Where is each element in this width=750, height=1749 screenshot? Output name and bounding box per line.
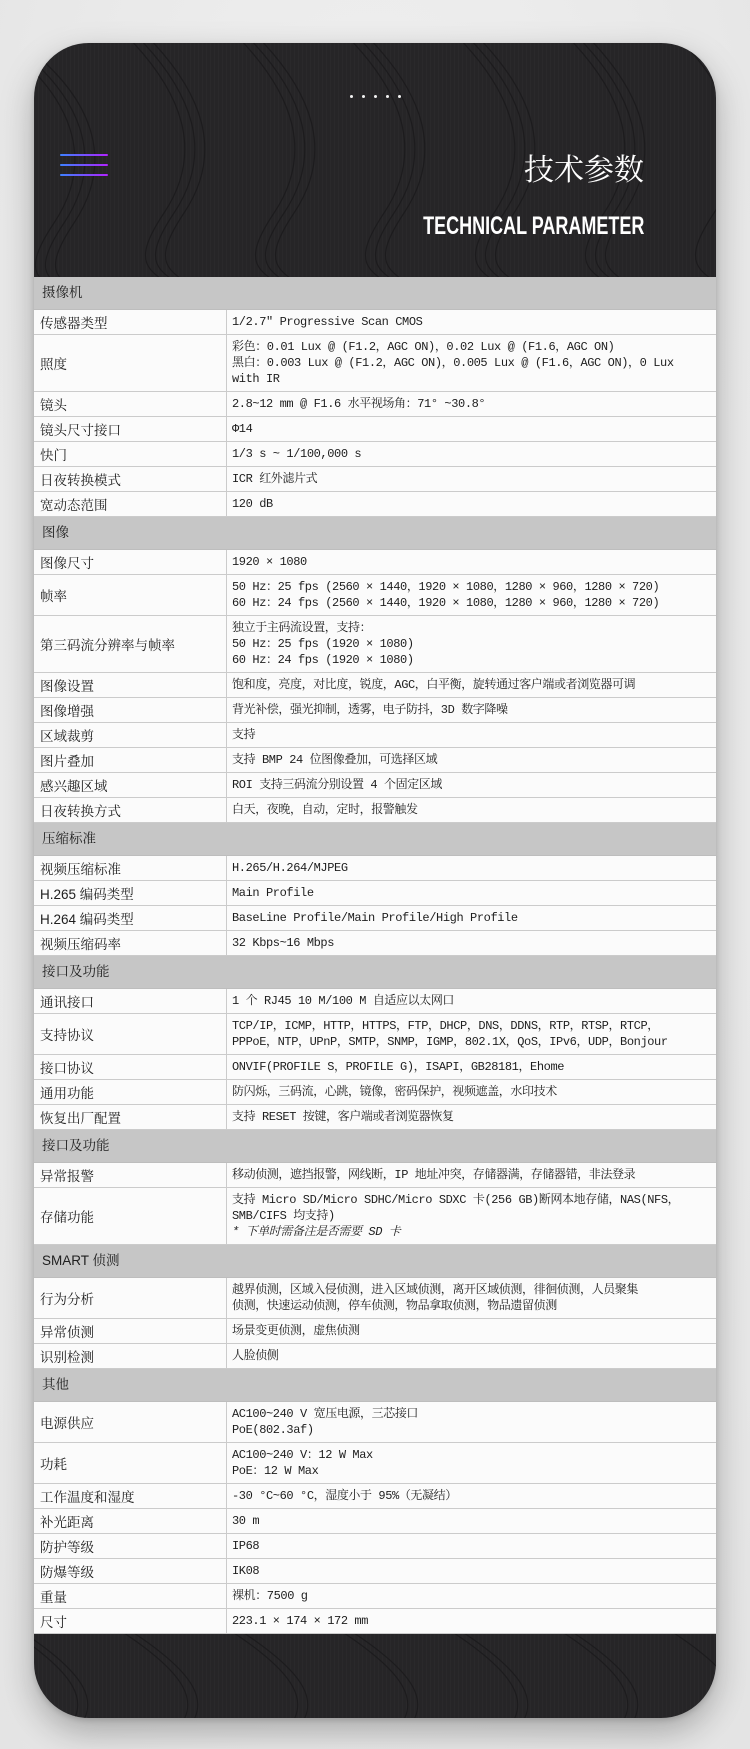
spec-value: 移动侦测，遮挡报警，网线断，IP 地址冲突，存储器满，存储器错，非法登录 xyxy=(227,1163,716,1187)
spec-value-line: 1/3 s ~ 1/100,000 s xyxy=(232,446,711,462)
spec-row: 图像设置饱和度，亮度，对比度，锐度，AGC，白平衡，旋转通过客户端或者浏览器可调 xyxy=(34,673,716,698)
spec-label: 快门 xyxy=(34,442,227,466)
spec-value-line: H.265/H.264/MJPEG xyxy=(232,860,711,876)
spec-label: 接口协议 xyxy=(34,1055,227,1079)
spec-value: 30 m xyxy=(227,1509,716,1533)
footer-band xyxy=(34,1637,716,1718)
spec-label: 图片叠加 xyxy=(34,748,227,772)
spec-value: H.265/H.264/MJPEG xyxy=(227,856,716,880)
spec-value: 1920 × 1080 xyxy=(227,550,716,574)
spec-value: 裸机：7500 g xyxy=(227,1584,716,1608)
spec-value-line: 120 dB xyxy=(232,496,711,512)
spec-label: 通用功能 xyxy=(34,1080,227,1104)
spec-value: ONVIF(PROFILE S，PROFILE G)，ISAPI，GB28181… xyxy=(227,1055,716,1079)
spec-value-line: 人脸侦侧 xyxy=(232,1348,711,1364)
spec-row: H.265 编码类型Main Profile xyxy=(34,881,716,906)
spec-row: 感兴趣区域ROI 支持三码流分别设置 4 个固定区域 xyxy=(34,773,716,798)
spec-value-line: TCP/IP，ICMP，HTTP，HTTPS，FTP，DHCP，DNS，DDNS… xyxy=(232,1018,711,1034)
menu-bar xyxy=(60,164,108,166)
spec-value-line: 2.8~12 mm @ F1.6 水平视场角：71° ~30.8° xyxy=(232,396,711,412)
spec-label: 视频压缩码率 xyxy=(34,931,227,955)
spec-value-line: 饱和度，亮度，对比度，锐度，AGC，白平衡，旋转通过客户端或者浏览器可调 xyxy=(232,677,711,693)
spec-value-line: 支持 RESET 按键，客户端或者浏览器恢复 xyxy=(232,1109,711,1125)
spec-label: 镜头 xyxy=(34,392,227,416)
spec-card: 技术参数 TECHNICAL PARAMETER 摄像机传感器类型1/2.7" … xyxy=(34,43,716,1718)
spec-label: 第三码流分辨率与帧率 xyxy=(34,616,227,672)
spec-value-line: 1920 × 1080 xyxy=(232,554,711,570)
spec-row: 电源供应AC100~240 V 宽压电源，三芯接口PoE(802.3af) xyxy=(34,1402,716,1443)
spec-label: 图像增强 xyxy=(34,698,227,722)
spec-value-line: ICR 红外滤片式 xyxy=(232,471,711,487)
spec-value-line: 60 Hz：24 fps (2560 × 1440，1920 × 1080，12… xyxy=(232,595,711,611)
spec-value-line: with IR xyxy=(232,371,711,387)
spec-value: 独立于主码流设置，支持：50 Hz：25 fps (1920 × 1080)60… xyxy=(227,616,716,672)
spec-table: 摄像机传感器类型1/2.7" Progressive Scan CMOS照度彩色… xyxy=(34,277,716,1634)
spec-value: AC100~240 V 宽压电源，三芯接口PoE(802.3af) xyxy=(227,1402,716,1442)
spec-label: 支持协议 xyxy=(34,1014,227,1054)
spec-value-line: Φ14 xyxy=(232,421,711,437)
spec-row: 帧率50 Hz：25 fps (2560 × 1440，1920 × 1080，… xyxy=(34,575,716,616)
spec-value-line: 独立于主码流设置，支持： xyxy=(232,620,711,636)
spec-value: AC100~240 V：12 W MaxPoE：12 W Max xyxy=(227,1443,716,1483)
spec-row: 防爆等级IK08 xyxy=(34,1559,716,1584)
spec-value-line: AC100~240 V 宽压电源，三芯接口 xyxy=(232,1406,711,1422)
spec-row: 视频压缩标准H.265/H.264/MJPEG xyxy=(34,856,716,881)
spec-value-line: 场景变更侦测，虚焦侦测 xyxy=(232,1323,711,1339)
spec-value-line: 30 m xyxy=(232,1513,711,1529)
spec-value: 120 dB xyxy=(227,492,716,516)
dot-icon xyxy=(362,95,365,98)
spec-row: 图像增强背光补偿，强光抑制，透雾，电子防抖，3D 数字降噪 xyxy=(34,698,716,723)
spec-value: ROI 支持三码流分别设置 4 个固定区域 xyxy=(227,773,716,797)
spec-label: 行为分析 xyxy=(34,1278,227,1318)
spec-label: 异常侦测 xyxy=(34,1319,227,1343)
spec-label: 识别检测 xyxy=(34,1344,227,1368)
spec-value-line: IP68 xyxy=(232,1538,711,1554)
spec-value: 2.8~12 mm @ F1.6 水平视场角：71° ~30.8° xyxy=(227,392,716,416)
spec-label: 防护等级 xyxy=(34,1534,227,1558)
spec-value-line: PPPoE，NTP，UPnP，SMTP，SNMP，IGMP，802.1X，QoS… xyxy=(232,1034,711,1050)
spec-value: 越界侦测，区域入侵侦测，进入区域侦测，离开区域侦测，徘徊侦测，人员聚集侦测，快速… xyxy=(227,1278,716,1318)
page-indicator-dots xyxy=(34,95,716,98)
spec-label: 补光距离 xyxy=(34,1509,227,1533)
spec-row: 行为分析越界侦测，区域入侵侦测，进入区域侦测，离开区域侦测，徘徊侦测，人员聚集侦… xyxy=(34,1278,716,1319)
spec-value-line: 黑白：0.003 Lux @ (F1.2，AGC ON)，0.005 Lux @… xyxy=(232,355,711,371)
spec-label: 重量 xyxy=(34,1584,227,1608)
spec-value: 223.1 × 174 × 172 mm xyxy=(227,1609,716,1633)
spec-row: 支持协议TCP/IP，ICMP，HTTP，HTTPS，FTP，DHCP，DNS，… xyxy=(34,1014,716,1055)
spec-value: 支持 xyxy=(227,723,716,747)
dot-icon xyxy=(350,95,353,98)
spec-label: 图像尺寸 xyxy=(34,550,227,574)
spec-label: H.265 编码类型 xyxy=(34,881,227,905)
spec-label: 传感器类型 xyxy=(34,310,227,334)
section-header: 接口及功能 xyxy=(34,956,716,989)
spec-value-line: 1 个 RJ45 10 M/100 M 自适应以太网口 xyxy=(232,993,711,1009)
spec-label: 宽动态范围 xyxy=(34,492,227,516)
spec-row: 重量裸机：7500 g xyxy=(34,1584,716,1609)
spec-value-line: IK08 xyxy=(232,1563,711,1579)
section-header: SMART 侦测 xyxy=(34,1245,716,1278)
spec-row: 宽动态范围120 dB xyxy=(34,492,716,517)
spec-value: 支持 Micro SD/Micro SDHC/Micro SDXC 卡(256 … xyxy=(227,1188,716,1244)
spec-value-line: 50 Hz：25 fps (2560 × 1440，1920 × 1080，12… xyxy=(232,579,711,595)
dot-icon xyxy=(398,95,401,98)
spec-row: 异常侦测场景变更侦测，虚焦侦测 xyxy=(34,1319,716,1344)
spec-value: 1/3 s ~ 1/100,000 s xyxy=(227,442,716,466)
spec-row: 接口协议ONVIF(PROFILE S，PROFILE G)，ISAPI，GB2… xyxy=(34,1055,716,1080)
spec-row: 异常报警移动侦测，遮挡报警，网线断，IP 地址冲突，存储器满，存储器错，非法登录 xyxy=(34,1163,716,1188)
hamburger-gradient-icon xyxy=(60,153,108,179)
spec-value-line: PoE：12 W Max xyxy=(232,1463,711,1479)
spec-value: Main Profile xyxy=(227,881,716,905)
spec-label: 通讯接口 xyxy=(34,989,227,1013)
spec-label: H.264 编码类型 xyxy=(34,906,227,930)
spec-label: 恢复出厂配置 xyxy=(34,1105,227,1129)
spec-row: 通讯接口1 个 RJ45 10 M/100 M 自适应以太网口 xyxy=(34,989,716,1014)
section-header: 摄像机 xyxy=(34,277,716,310)
spec-row: 存储功能支持 Micro SD/Micro SDHC/Micro SDXC 卡(… xyxy=(34,1188,716,1245)
spec-value-line: AC100~240 V：12 W Max xyxy=(232,1447,711,1463)
spec-value: 50 Hz：25 fps (2560 × 1440，1920 × 1080，12… xyxy=(227,575,716,615)
spec-row: 日夜转换方式白天，夜晚，自动，定时，报警触发 xyxy=(34,798,716,823)
spec-value: 饱和度，亮度，对比度，锐度，AGC，白平衡，旋转通过客户端或者浏览器可调 xyxy=(227,673,716,697)
spec-value-line: PoE(802.3af) xyxy=(232,1422,711,1438)
spec-label: 异常报警 xyxy=(34,1163,227,1187)
spec-row: 镜头2.8~12 mm @ F1.6 水平视场角：71° ~30.8° xyxy=(34,392,716,417)
spec-value-line: 1/2.7" Progressive Scan CMOS xyxy=(232,314,711,330)
spec-row: 图像尺寸1920 × 1080 xyxy=(34,550,716,575)
section-header: 压缩标准 xyxy=(34,823,716,856)
spec-label: 电源供应 xyxy=(34,1402,227,1442)
spec-value-line: 32 Kbps~16 Mbps xyxy=(232,935,711,951)
spec-value-line: ROI 支持三码流分别设置 4 个固定区域 xyxy=(232,777,711,793)
spec-row: 防护等级IP68 xyxy=(34,1534,716,1559)
spec-row: 恢复出厂配置支持 RESET 按键，客户端或者浏览器恢复 xyxy=(34,1105,716,1130)
spec-label: 日夜转换模式 xyxy=(34,467,227,491)
spec-value: 1/2.7" Progressive Scan CMOS xyxy=(227,310,716,334)
spec-row: 日夜转换模式ICR 红外滤片式 xyxy=(34,467,716,492)
spec-row: 第三码流分辨率与帧率独立于主码流设置，支持：50 Hz：25 fps (1920… xyxy=(34,616,716,673)
spec-label: 存储功能 xyxy=(34,1188,227,1244)
spec-row: H.264 编码类型BaseLine Profile/Main Profile/… xyxy=(34,906,716,931)
spec-value-line: Main Profile xyxy=(232,885,711,901)
spec-value: IK08 xyxy=(227,1559,716,1583)
spec-label: 工作温度和湿度 xyxy=(34,1484,227,1508)
spec-value-line: 背光补偿，强光抑制，透雾，电子防抖，3D 数字降噪 xyxy=(232,702,711,718)
spec-value: 彩色：0.01 Lux @ (F1.2，AGC ON)，0.02 Lux @ (… xyxy=(227,335,716,391)
spec-value-line: 裸机：7500 g xyxy=(232,1588,711,1604)
spec-value-line: BaseLine Profile/Main Profile/High Profi… xyxy=(232,910,711,926)
spec-value-line: SMB/CIFS 均支持) xyxy=(232,1208,711,1224)
spec-value-line: 侦测，快速运动侦测，停车侦测，物品拿取侦测，物品遗留侦测 xyxy=(232,1298,711,1314)
spec-value: 白天，夜晚，自动，定时，报警触发 xyxy=(227,798,716,822)
spec-value-line: 支持 xyxy=(232,727,711,743)
spec-value-line: 防闪烁，三码流，心跳，镜像，密码保护，视频遮盖，水印技术 xyxy=(232,1084,711,1100)
spec-row: 照度彩色：0.01 Lux @ (F1.2，AGC ON)，0.02 Lux @… xyxy=(34,335,716,392)
spec-row: 尺寸223.1 × 174 × 172 mm xyxy=(34,1609,716,1634)
spec-value-line: 223.1 × 174 × 172 mm xyxy=(232,1613,711,1629)
spec-row: 补光距离30 m xyxy=(34,1509,716,1534)
spec-label: 区域裁剪 xyxy=(34,723,227,747)
spec-value: 支持 RESET 按键，客户端或者浏览器恢复 xyxy=(227,1105,716,1129)
spec-value: 人脸侦侧 xyxy=(227,1344,716,1368)
spec-value: TCP/IP，ICMP，HTTP，HTTPS，FTP，DHCP，DNS，DDNS… xyxy=(227,1014,716,1054)
spec-row: 镜头尺寸接口Φ14 xyxy=(34,417,716,442)
spec-value-line: 60 Hz：24 fps (1920 × 1080) xyxy=(232,652,711,668)
spec-label: 功耗 xyxy=(34,1443,227,1483)
spec-label: 感兴趣区域 xyxy=(34,773,227,797)
spec-value: 防闪烁，三码流，心跳，镜像，密码保护，视频遮盖，水印技术 xyxy=(227,1080,716,1104)
spec-value: 支持 BMP 24 位图像叠加，可选择区域 xyxy=(227,748,716,772)
spec-value-line: 50 Hz：25 fps (1920 × 1080) xyxy=(232,636,711,652)
spec-row: 识别检测人脸侦侧 xyxy=(34,1344,716,1369)
spec-row: 快门1/3 s ~ 1/100,000 s xyxy=(34,442,716,467)
spec-value-line: 白天，夜晚，自动，定时，报警触发 xyxy=(232,802,711,818)
spec-label: 镜头尺寸接口 xyxy=(34,417,227,441)
spec-value-line: 支持 Micro SD/Micro SDHC/Micro SDXC 卡(256 … xyxy=(232,1192,711,1208)
spec-value: -30 °C~60 °C，湿度小于 95%（无凝结） xyxy=(227,1484,716,1508)
spec-row: 通用功能防闪烁，三码流，心跳，镜像，密码保护，视频遮盖，水印技术 xyxy=(34,1080,716,1105)
spec-row: 传感器类型1/2.7" Progressive Scan CMOS xyxy=(34,310,716,335)
spec-value: BaseLine Profile/Main Profile/High Profi… xyxy=(227,906,716,930)
spec-label: 尺寸 xyxy=(34,1609,227,1633)
section-header: 图像 xyxy=(34,517,716,550)
spec-value: 32 Kbps~16 Mbps xyxy=(227,931,716,955)
spec-row: 功耗AC100~240 V：12 W MaxPoE：12 W Max xyxy=(34,1443,716,1484)
spec-value-line: 移动侦测，遮挡报警，网线断，IP 地址冲突，存储器满，存储器错，非法登录 xyxy=(232,1167,711,1183)
spec-value-line: -30 °C~60 °C，湿度小于 95%（无凝结） xyxy=(232,1488,711,1504)
spec-label: 日夜转换方式 xyxy=(34,798,227,822)
spec-row: 视频压缩码率32 Kbps~16 Mbps xyxy=(34,931,716,956)
spec-value: 背光补偿，强光抑制，透雾，电子防抖，3D 数字降噪 xyxy=(227,698,716,722)
section-header: 其他 xyxy=(34,1369,716,1402)
page-title-en: TECHNICAL PARAMETER xyxy=(423,211,644,241)
spec-label: 图像设置 xyxy=(34,673,227,697)
spec-row: 图片叠加支持 BMP 24 位图像叠加，可选择区域 xyxy=(34,748,716,773)
spec-value: IP68 xyxy=(227,1534,716,1558)
spec-row: 区域裁剪支持 xyxy=(34,723,716,748)
spec-label: 视频压缩标准 xyxy=(34,856,227,880)
spec-value: ICR 红外滤片式 xyxy=(227,467,716,491)
page-title-cn: 技术参数 xyxy=(524,153,644,189)
spec-label: 防爆等级 xyxy=(34,1559,227,1583)
dot-icon xyxy=(386,95,389,98)
spec-value: 场景变更侦测，虚焦侦测 xyxy=(227,1319,716,1343)
spec-value: 1 个 RJ45 10 M/100 M 自适应以太网口 xyxy=(227,989,716,1013)
spec-label: 帧率 xyxy=(34,575,227,615)
menu-bar xyxy=(60,154,108,156)
spec-note: * 下单时需备注是否需要 SD 卡 xyxy=(232,1224,711,1240)
section-header: 接口及功能 xyxy=(34,1130,716,1163)
spec-value: Φ14 xyxy=(227,417,716,441)
spec-value-line: 彩色：0.01 Lux @ (F1.2，AGC ON)，0.02 Lux @ (… xyxy=(232,339,711,355)
spec-value-line: 越界侦测，区域入侵侦测，进入区域侦测，离开区域侦测，徘徊侦测，人员聚集 xyxy=(232,1282,711,1298)
spec-value-line: ONVIF(PROFILE S，PROFILE G)，ISAPI，GB28181… xyxy=(232,1059,711,1075)
spec-label: 照度 xyxy=(34,335,227,391)
spec-row: 工作温度和湿度-30 °C~60 °C，湿度小于 95%（无凝结） xyxy=(34,1484,716,1509)
dot-icon xyxy=(374,95,377,98)
spec-value-line: 支持 BMP 24 位图像叠加，可选择区域 xyxy=(232,752,711,768)
menu-bar xyxy=(60,174,108,176)
